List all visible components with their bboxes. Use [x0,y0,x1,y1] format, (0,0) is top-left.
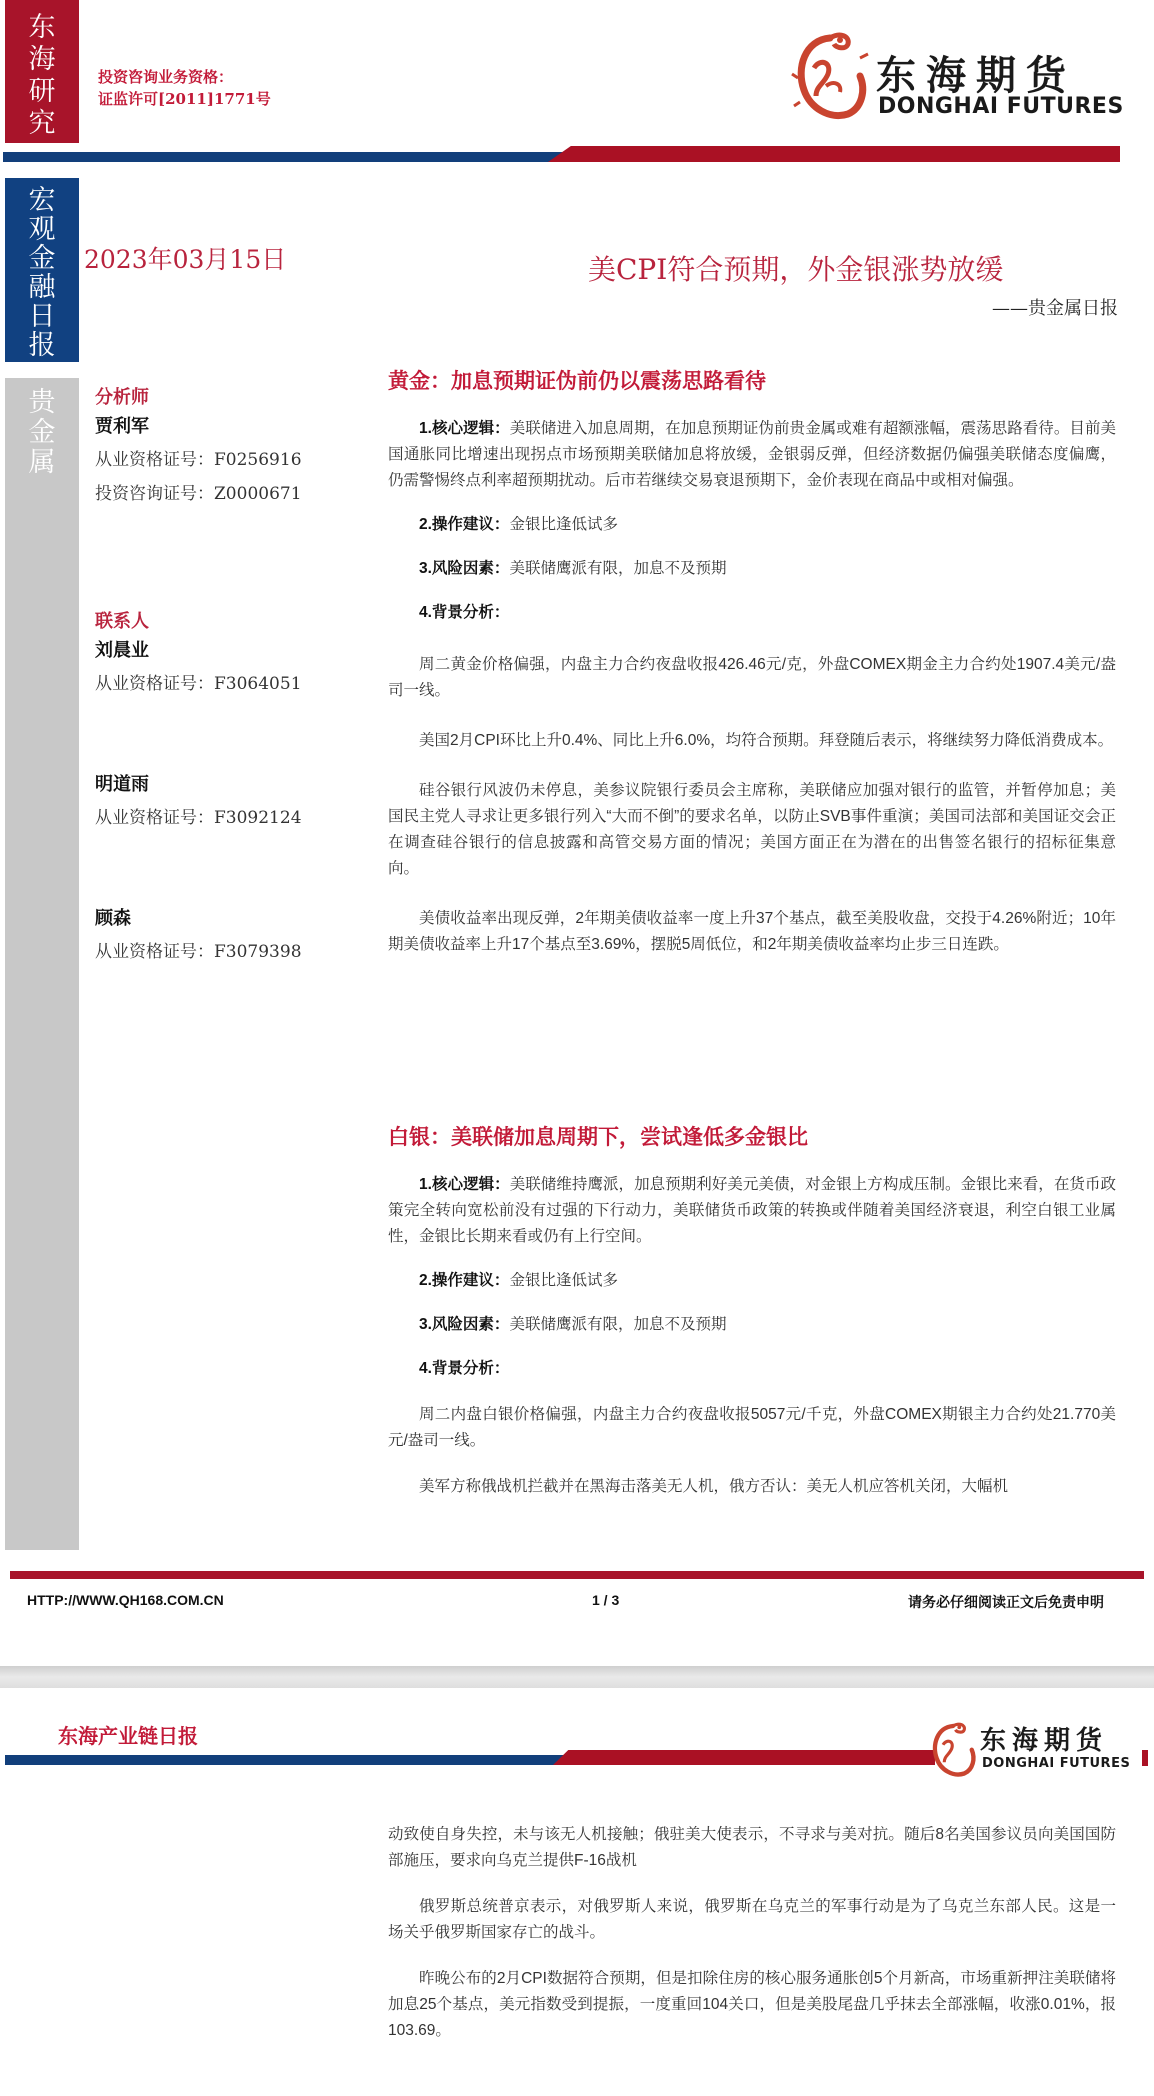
logo-chinese-name: 东海期货 [876,44,1076,101]
research-tag-char: 究 [5,108,79,140]
analyst-panel: 分析师 贾利军 从业资格证号：F0256916 投资咨询证号：Z0000671 … [95,385,355,969]
dragon-logo-icon [928,1718,978,1784]
page2-divider-blue [5,1755,565,1765]
category-tag-char: 融 [5,273,79,302]
research-tag-char: 东 [5,12,79,44]
sector-tag-char: 金 [5,418,79,448]
silver-background-label: 4.背景分析： [388,1356,1116,1382]
contact-name: 明道雨 [95,769,355,801]
advice-text: 金银比逢低试多 [509,1272,618,1289]
gold-background-label: 4.背景分析： [388,600,1116,626]
silver-risk: 3.风险因素：美联储鹰派有限，加息不及预期 [388,1312,1116,1338]
core-logic-label: 1.核心逻辑： [419,420,510,437]
silver-section: 白银：美联储加息周期下，尝试逢低多金银比 1.核心逻辑：美联储维持鹰派，加息预期… [388,1122,1116,1500]
silver-core-logic: 1.核心逻辑：美联储维持鹰派，加息预期利好美元美债，对金银上方构成压制。金银比来… [388,1172,1116,1250]
gold-background-para: 美债收益率出现反弹，2年期美债收益率一度上升37个基点，截至美股收盘，交投于4.… [388,906,1116,958]
category-tag-char: 日 [5,302,79,331]
header-divider-blue [3,152,563,162]
license-label: 投资咨询业务资格： [98,66,271,88]
contact-label: 联系人 [95,609,355,635]
category-tag-char: 宏 [5,186,79,215]
report-subtitle: ——贵金属日报 [992,294,1118,320]
silver-advice: 2.操作建议：金银比逢低试多 [388,1268,1116,1294]
footer-divider [10,1571,1144,1579]
header-divider-red [548,146,1120,162]
gold-advice: 2.操作建议：金银比逢低试多 [388,512,1116,538]
license-info: 投资咨询业务资格： 证监许可[2011]1771号 [98,66,271,110]
report-title: 美CPI符合预期，外金银涨势放缓 [588,248,1003,288]
advice-label: 2.操作建议： [419,1272,509,1289]
page2-header-title: 东海产业链日报 [58,1720,198,1749]
page2-para: 俄罗斯总统普京表示，对俄罗斯人来说，俄罗斯在乌克兰的军事行动是为了乌克兰东部人民… [388,1894,1116,1946]
advice-text: 金银比逢低试多 [509,516,618,533]
sector-tag-char: 属 [5,448,79,478]
risk-label: 3.风险因素： [419,1316,509,1333]
research-tag-char: 研 [5,76,79,108]
logo-english-name: DONGHAI FUTURES [878,94,1124,119]
research-tag: 东 海 研 究 [5,0,79,143]
core-logic-label: 1.核心逻辑： [419,1176,510,1193]
continued-para: 动致使自身失控，未与该无人机接触；俄驻美大使表示，不寻求与美对抗。随后8名美国参… [388,1822,1116,1874]
category-tag-char: 观 [5,215,79,244]
contact-license: 从业资格证号：F3092124 [95,801,355,835]
page-break [0,1666,1154,1688]
page2-company-logo: 东海期货 DONGHAI FUTURES [928,1712,1150,1780]
page2-divider-red [553,1750,935,1765]
gold-core-logic: 1.核心逻辑：美联储进入加息周期，在加息预期证伪前贵金属或难有超额涨幅，震荡思路… [388,416,1116,494]
analyst-license: 从业资格证号：F0256916 [95,443,355,477]
analyst-advisory-license: 投资咨询证号：Z0000671 [95,477,355,511]
disclaimer-note: 请务必仔细阅读正文后免责申明 [908,1592,1104,1612]
analyst-label: 分析师 [95,385,355,411]
dragon-logo-icon [790,28,870,128]
category-tag: 宏 观 金 融 日 报 [5,178,79,362]
sector-tag-char: 贵 [5,388,79,418]
advice-label: 2.操作建议： [419,516,509,533]
background-label: 4.背景分析： [419,604,509,621]
logo-accent-bar [1142,1750,1148,1766]
contact-license: 从业资格证号：F3079398 [95,935,355,969]
page-number: 1 / 3 [592,1592,619,1608]
category-tag-char: 金 [5,244,79,273]
contact-license: 从业资格证号：F3064051 [95,667,355,701]
logo-chinese-name: 东海期货 [980,1720,1108,1757]
website-link[interactable]: HTTP://WWW.QH168.COM.CN [27,1592,224,1608]
license-number: 证监许可[2011]1771号 [98,88,271,110]
gold-heading: 黄金：加息预期证伪前仍以震荡思路看待 [388,366,1116,396]
contact-name: 刘晨业 [95,635,355,667]
gold-background-para: 美国2月CPI环比上升0.4%、同比上升6.0%，均符合预期。拜登随后表示，将继… [388,728,1116,754]
analyst-name: 贾利军 [95,411,355,443]
silver-background-para: 美军方称俄战机拦截并在黑海击落美无人机，俄方否认：美无人机应答机关闭，大幅机 [388,1474,1116,1500]
report-date: 2023年03月15日 [84,240,286,276]
company-logo: 东海期货 DONGHAI FUTURES [790,22,1130,132]
category-tag-char: 报 [5,331,79,360]
gold-background-para: 周二黄金价格偏强，内盘主力合约夜盘收报426.46元/克，外盘COMEX期金主力… [388,652,1116,704]
gold-section: 黄金：加息预期证伪前仍以震荡思路看待 1.核心逻辑：美联储进入加息周期，在加息预… [388,366,1116,958]
risk-text: 美联储鹰派有限，加息不及预期 [509,1316,726,1333]
gold-background-para: 硅谷银行风波仍未停息，美参议院银行委员会主席称，美联储应加强对银行的监管，并暂停… [388,778,1116,882]
silver-background-para: 周二内盘白银价格偏强，内盘主力合约夜盘收报5057元/千克，外盘COMEX期银主… [388,1402,1116,1454]
gold-risk: 3.风险因素：美联储鹰派有限，加息不及预期 [388,556,1116,582]
page2-para: 昨晚公布的2月CPI数据符合预期，但是扣除住房的核心服务通胀创5个月新高，市场重… [388,1966,1116,2044]
sector-tag: 贵 金 属 [5,378,79,1550]
risk-text: 美联储鹰派有限，加息不及预期 [509,560,726,577]
risk-label: 3.风险因素： [419,560,509,577]
silver-heading: 白银：美联储加息周期下，尝试逢低多金银比 [388,1122,1116,1152]
contact-name: 顾森 [95,903,355,935]
logo-english-name: DONGHAI FUTURES [982,1756,1130,1771]
research-tag-char: 海 [5,44,79,76]
background-label: 4.背景分析： [419,1360,509,1377]
page2-content: 动致使自身失控，未与该无人机接触；俄驻美大使表示，不寻求与美对抗。随后8名美国参… [388,1822,1116,2044]
